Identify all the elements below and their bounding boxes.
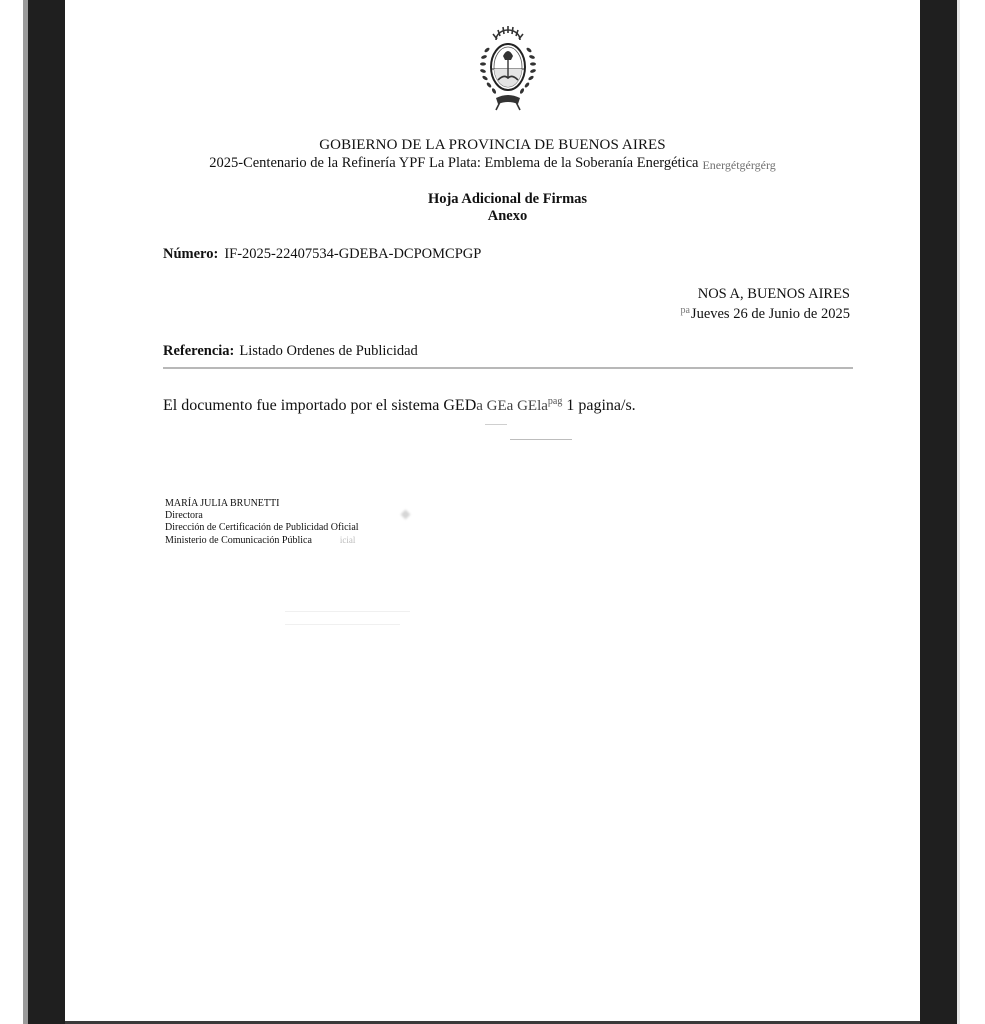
reference-label: Referencia:: [163, 343, 234, 359]
scan-artifact: [285, 611, 410, 612]
document-number: Número:IF-2025-22407534-GDEBA-DCPOMCPGP: [163, 246, 481, 263]
viewer-frame-left: [28, 0, 65, 1024]
import-ghost-artifact: a GEa GEla: [476, 398, 548, 414]
sheet-title-line2: Anexo: [65, 208, 950, 225]
signer-ministry-line: Ministerio de Comunicación Públicaicial: [165, 534, 359, 547]
signer-ministry: Ministerio de Comunicación Pública: [165, 535, 312, 546]
import-prefix: El documento fue importado por el sistem…: [163, 397, 476, 414]
import-statement: El documento fue importado por el sistem…: [163, 397, 636, 415]
scan-artifact: [285, 624, 400, 625]
signer-role: Directora: [165, 510, 359, 522]
signer-office: Dirección de Certificación de Publicidad…: [165, 522, 359, 534]
government-name: GOBIERNO DE LA PROVINCIA DE BUENOS AIRES: [65, 137, 920, 154]
sheet-title-line1: Hoja Adicional de Firmas: [65, 191, 950, 208]
sheet-title: Hoja Adicional de Firmas Anexo: [65, 191, 950, 225]
signer-name: MARÍA JULIA BRUNETTI: [165, 498, 359, 510]
location-date: NOS A, BUENOS AIRES paJueves 26 de Junio…: [680, 284, 850, 326]
document-page: GOBIERNO DE LA PROVINCIA DE BUENOS AIRES…: [65, 0, 920, 1021]
motto-ghost-artifact: Energétgérgérg: [702, 158, 775, 172]
date-ghost-artifact: pa: [680, 305, 689, 316]
import-ghost-sup: pag: [548, 396, 562, 407]
diamond-artifact-icon: [401, 510, 411, 520]
location-city: NOS A, BUENOS AIRES: [680, 284, 850, 304]
reference-value: Listado Ordenes de Publicidad: [239, 343, 417, 359]
document-header: GOBIERNO DE LA PROVINCIA DE BUENOS AIRES…: [65, 137, 920, 173]
reference: Referencia:Listado Ordenes de Publicidad: [163, 343, 418, 360]
document-viewer: GOBIERNO DE LA PROVINCIA DE BUENOS AIRES…: [0, 0, 985, 1024]
viewer-frame-edge-right: [957, 0, 960, 1024]
scan-artifact: [510, 439, 572, 440]
document-number-value: IF-2025-22407534-GDEBA-DCPOMCPGP: [224, 246, 481, 262]
scan-artifact: [485, 424, 507, 425]
divider: [163, 367, 853, 369]
coat-of-arms-icon: [478, 22, 538, 112]
signature-block: MARÍA JULIA BRUNETTI Directora Dirección…: [165, 498, 359, 547]
location-date-line: paJueves 26 de Junio de 2025: [680, 304, 850, 326]
year-motto: 2025-Centenario de la Refinería YPF La P…: [65, 154, 920, 173]
viewer-frame-right: [920, 0, 957, 1024]
page-count: 1: [566, 397, 574, 414]
document-date: Jueves 26 de Junio de 2025: [691, 306, 850, 322]
motto-text: 2025-Centenario de la Refinería YPF La P…: [209, 155, 698, 171]
document-number-label: Número:: [163, 246, 218, 262]
import-suffix: pagina/s.: [578, 397, 635, 414]
ministry-ghost-artifact: icial: [340, 535, 356, 545]
